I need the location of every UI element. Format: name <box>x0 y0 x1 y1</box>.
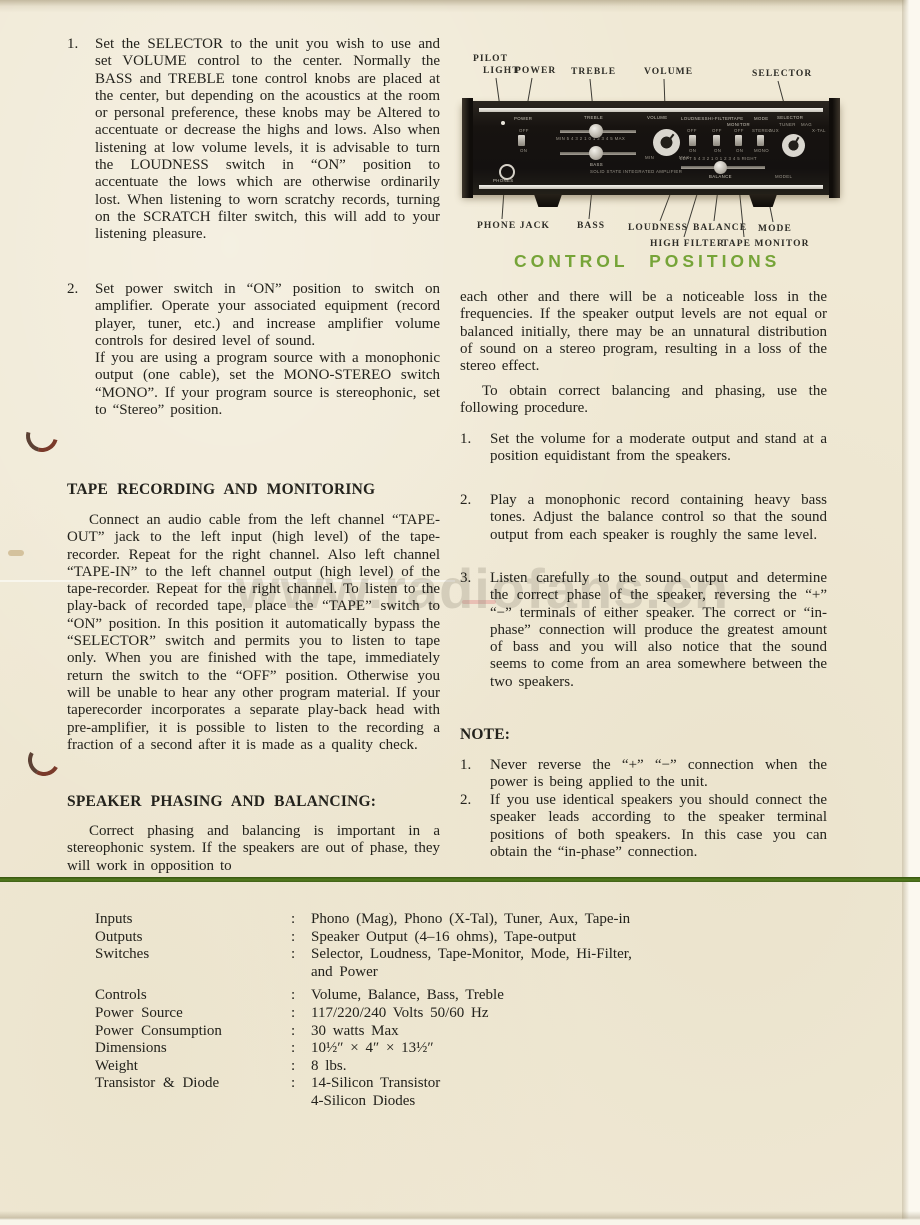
spec-label: Transistor & Diode <box>95 1075 291 1110</box>
tape-on-label: ON <box>736 149 743 153</box>
spec-colon: : <box>291 929 311 947</box>
selector-label: SELECTOR <box>777 116 803 120</box>
spec-colon: : <box>291 946 311 981</box>
right-para-2: To obtain correct balancing and phasing,… <box>460 383 827 418</box>
spec-value: Volume, Balance, Bass, Treble <box>311 987 807 1005</box>
spec-colon: : <box>291 1075 311 1110</box>
model-label: MODEL <box>775 175 792 179</box>
spec-value: 10½″ × 4″ × 13½″ <box>311 1040 807 1058</box>
volume-label: VOLUME <box>647 116 668 120</box>
pilot-light <box>501 121 505 125</box>
tape-label: TAPE <box>731 117 744 121</box>
volume-knob-pointer <box>666 133 674 143</box>
punch-hole-top <box>20 414 64 458</box>
list-number: 2. <box>67 281 95 419</box>
spec-colon: : <box>291 1023 311 1041</box>
list-text: If you use identical speakers you should… <box>490 792 827 861</box>
speaker-phasing-body: Correct phasing and balancing is importa… <box>67 823 440 875</box>
spec-row-weight: Weight : 8 lbs. <box>95 1058 807 1076</box>
selector-mag-label: MAG <box>801 123 812 127</box>
list-item-2: 2. Set power switch in “ON” position to … <box>67 281 440 419</box>
selector-aux-label: AUX <box>769 129 779 133</box>
procedure-item-3: 3. Listen carefully to the sound output … <box>460 570 827 691</box>
list-text: Never reverse the “+” “−” connection whe… <box>490 757 827 792</box>
list-text: Play a monophonic record containing heav… <box>490 492 827 544</box>
spec-row-controls: Controls : Volume, Balance, Bass, Treble <box>95 987 807 1005</box>
spec-row-transistor-diode: Transistor & Diode : 14-Silicon Transist… <box>95 1075 807 1110</box>
list-text: Set the SELECTOR to the unit you wish to… <box>95 36 440 244</box>
spec-value: Selector, Loudness, Tape-Monitor, Mode, … <box>311 946 807 981</box>
amplifier-front-panel: POWER OFF ON PHONES TREBLE MIN 5 4 3 2 1… <box>462 101 840 195</box>
spec-label: Inputs <box>95 911 291 929</box>
list-number: 1. <box>460 431 490 466</box>
punch-hole-bottom <box>24 740 63 779</box>
spec-label: Power Source <box>95 1005 291 1023</box>
spec-row-dimensions: Dimensions : 10½″ × 4″ × 13½″ <box>95 1040 807 1058</box>
spec-colon: : <box>291 1058 311 1076</box>
list-text: Listen carefully to the sound output and… <box>490 570 827 691</box>
specifications-table: Inputs : Phono (Mag), Phono (X-Tal), Tun… <box>95 911 807 1111</box>
tape-off-label: OFF <box>734 129 744 133</box>
balance-label: BALANCE <box>709 175 732 179</box>
treble-slider-knob <box>589 124 603 138</box>
spec-label: Controls <box>95 987 291 1005</box>
note-item-1: 1. Never reverse the “+” “−” connection … <box>460 757 827 792</box>
bass-label: BASS <box>590 163 603 167</box>
headphone-jack <box>499 164 515 180</box>
volume-knob <box>653 129 680 156</box>
note-heading: NOTE: <box>460 726 827 744</box>
balance-slider-knob <box>714 161 727 174</box>
bass-slider-knob <box>589 146 603 160</box>
hifilter-label: HI-FILTER <box>708 117 732 121</box>
brand-text: SOLID STATE INTEGRATED AMPLIFIER <box>590 170 682 174</box>
spec-row-inputs: Inputs : Phono (Mag), Phono (X-Tal), Tun… <box>95 911 807 929</box>
spec-value: Phono (Mag), Phono (X-Tal), Tuner, Aux, … <box>311 911 807 929</box>
mode-switch <box>757 135 764 146</box>
spec-label: Outputs <box>95 929 291 947</box>
spec-colon: : <box>291 1040 311 1058</box>
power-switch <box>518 135 525 146</box>
spec-value: 30 watts Max <box>311 1023 807 1041</box>
list-item-1: 1. Set the SELECTOR to the unit you wish… <box>67 36 440 244</box>
list-number: 1. <box>67 36 95 244</box>
amplifier-figure: PILOT LIGHT POWER TREBLE VOLUME SELECTOR… <box>456 42 848 284</box>
manual-page: www.radiofans.cn 1. Set the SELECTOR to … <box>0 0 920 1225</box>
panel-trim-top <box>479 108 823 112</box>
loudness-on-label: ON <box>689 149 696 153</box>
phones-label: PHONES <box>493 179 514 183</box>
note-item-2: 2. If you use identical speakers you sho… <box>460 792 827 861</box>
spec-colon: : <box>291 1005 311 1023</box>
spec-value: Speaker Output (4–16 ohms), Tape-output <box>311 929 807 947</box>
power-on-label: ON <box>520 149 527 153</box>
spec-colon: : <box>291 987 311 1005</box>
cabinet-right-edge <box>829 98 840 198</box>
green-divider-rule <box>0 877 920 882</box>
loudness-off-label: OFF <box>687 129 697 133</box>
paper-top-edge <box>0 0 920 14</box>
spec-value: 8 lbs. <box>311 1058 807 1076</box>
spec-row-switches: Switches : Selector, Loudness, Tape-Moni… <box>95 946 807 981</box>
hifilter-switch <box>713 135 720 146</box>
spec-row-power-source: Power Source : 117/220/240 Volts 50/60 H… <box>95 1005 807 1023</box>
list-text: Set power switch in “ON” position to swi… <box>95 281 440 419</box>
paper-right-edge <box>902 0 920 1225</box>
spec-row-power-consumption: Power Consumption : 30 watts Max <box>95 1023 807 1041</box>
spec-label: Power Consumption <box>95 1023 291 1041</box>
treble-label: TREBLE <box>584 116 603 120</box>
loudness-label: LOUDNESS <box>681 117 708 121</box>
list-text: Set the volume for a moderate output and… <box>490 431 827 466</box>
procedure-item-2: 2. Play a monophonic record containing h… <box>460 492 827 544</box>
volume-min-label: MIN <box>645 156 654 160</box>
figure-title: CONTROL POSITIONS <box>514 251 780 272</box>
list-number: 3. <box>460 570 490 691</box>
selector-tuner-label: TUNER <box>779 123 796 127</box>
tape-recording-heading: TAPE RECORDING AND MONITORING <box>67 481 440 499</box>
selector-knob-pointer <box>793 137 799 146</box>
procedure-item-1: 1. Set the volume for a moderate output … <box>460 431 827 466</box>
paper-stain <box>8 550 24 556</box>
hifilter-off-label: OFF <box>712 129 722 133</box>
spec-value: 117/220/240 Volts 50/60 Hz <box>311 1005 807 1023</box>
mode-label: MODE <box>754 117 769 121</box>
panel-trim-bottom <box>479 185 823 189</box>
spec-label: Dimensions <box>95 1040 291 1058</box>
tape-monitor-switch <box>735 135 742 146</box>
tape-recording-body: Connect an audio cable from the left cha… <box>67 512 440 754</box>
cabinet-left-edge <box>462 98 473 198</box>
mode-mono-label: MONO <box>754 149 769 153</box>
spec-row-outputs: Outputs : Speaker Output (4–16 ohms), Ta… <box>95 929 807 947</box>
spec-value: 14-Silicon Transistor 4-Silicon Diodes <box>311 1075 807 1110</box>
power-off-label: OFF <box>519 129 529 133</box>
list-number: 2. <box>460 792 490 861</box>
speaker-phasing-heading: SPEAKER PHASING AND BALANCING: <box>67 793 440 811</box>
spec-colon: : <box>291 911 311 929</box>
loudness-switch <box>689 135 696 146</box>
power-label: POWER <box>514 117 532 121</box>
hifilter-on-label: ON <box>714 149 721 153</box>
monitor-label: MONITOR <box>727 123 750 127</box>
tone-scale: MIN 5 4 3 2 1 0 1 2 3 4 5 MAX <box>556 137 625 141</box>
spec-label: Weight <box>95 1058 291 1076</box>
right-para-1: each other and there will be a noticeabl… <box>460 289 827 375</box>
list-number: 1. <box>460 757 490 792</box>
list-number: 2. <box>460 492 490 544</box>
selector-knob <box>782 134 805 157</box>
selector-xtal-label: X-TAL <box>812 129 826 133</box>
spec-label: Switches <box>95 946 291 981</box>
paper-bottom-edge <box>0 1211 920 1225</box>
